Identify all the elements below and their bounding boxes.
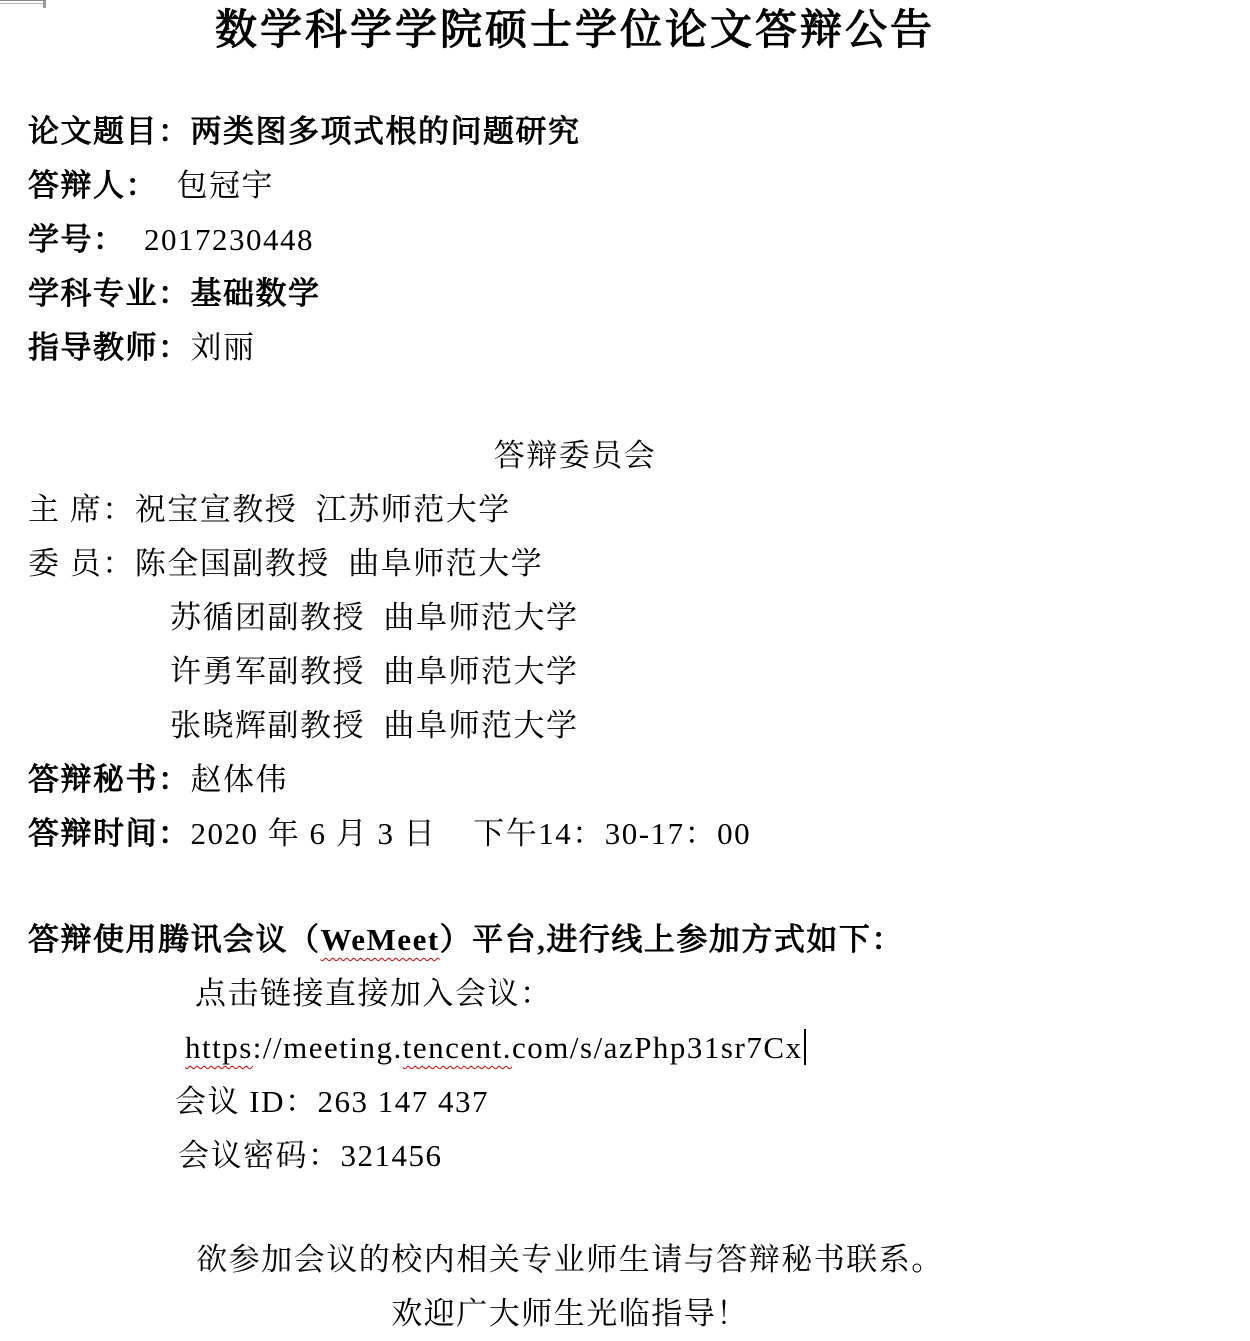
meeting-join-line: 点击链接直接加入会议： bbox=[28, 967, 904, 1021]
defender-value: 包冠宇 bbox=[158, 168, 274, 203]
meeting-section: 答辩使用腾讯会议（WeMeet）平台,进行线上参加方式如下： 点击链接直接加入会… bbox=[28, 913, 904, 1183]
document-page: 数学科学学院硕士学位论文答辩公告 论文题目：两类图多项式根的问题研究 答辩人： … bbox=[0, 0, 1250, 1341]
committee-heading: 答辩委员会 bbox=[0, 429, 1150, 483]
committee-chair-line: 主 席：祝宝宣教授 江苏师范大学 bbox=[28, 483, 751, 537]
committee-member-line: 张晓辉副教授 曲阜师范大学 bbox=[28, 699, 751, 753]
defense-time-label: 答辩时间： bbox=[28, 816, 191, 851]
advisor-label: 指导教师： bbox=[28, 330, 191, 365]
committee-section: 主 席：祝宝宣教授 江苏师范大学 委 员：陈全国副教授 曲阜师范大学 苏循团副教… bbox=[28, 483, 751, 861]
student-id-line: 学号： 2017230448 bbox=[28, 213, 581, 267]
meeting-id-line: 会议 ID：263 147 437 bbox=[28, 1075, 904, 1129]
advisor-line: 指导教师：刘丽 bbox=[28, 321, 581, 375]
major-label: 学科专业： bbox=[28, 276, 191, 311]
committee-chair-value: 祝宝宣教授 江苏师范大学 bbox=[135, 492, 511, 527]
committee-member-label: 委 员： bbox=[28, 546, 135, 581]
meeting-intro-suffix: ）平台,进行线上参加方式如下： bbox=[440, 922, 904, 957]
thesis-title-label: 论文题目： bbox=[28, 114, 191, 149]
url-part-host: ://meeting. bbox=[253, 1030, 403, 1065]
thesis-info-section: 论文题目：两类图多项式根的问题研究 答辩人： 包冠宇 学号： 201723044… bbox=[28, 105, 581, 375]
student-id-value: 2017230448 bbox=[126, 222, 315, 257]
student-id-label: 学号： bbox=[28, 222, 126, 257]
footer-section: 欲参加会议的校内相关专业师生请与答辩秘书联系。 欢迎广大师生光临指导！ bbox=[0, 1233, 1140, 1341]
defense-time-line: 答辩时间：2020 年 6 月 3 日 下午14：30-17：00 bbox=[28, 807, 751, 861]
committee-chair-label: 主 席： bbox=[28, 492, 135, 527]
meeting-platform-name: WeMeet bbox=[321, 922, 440, 957]
major-value: 基础数学 bbox=[191, 276, 321, 311]
advisor-value: 刘丽 bbox=[191, 330, 256, 365]
defense-time-value: 2020 年 6 月 3 日 下午14：30-17：00 bbox=[191, 816, 752, 851]
meeting-intro-prefix: 答辩使用腾讯会议（ bbox=[28, 922, 321, 957]
thesis-title-value: 两类图多项式根的问题研究 bbox=[191, 114, 581, 149]
text-cursor bbox=[804, 1029, 806, 1065]
secretary-value: 赵体伟 bbox=[191, 762, 289, 797]
committee-member-line: 许勇军副教授 曲阜师范大学 bbox=[28, 645, 751, 699]
secretary-line: 答辩秘书：赵体伟 bbox=[28, 753, 751, 807]
url-part-https: https bbox=[185, 1030, 253, 1065]
secretary-label: 答辩秘书： bbox=[28, 762, 191, 797]
thesis-title-line: 论文题目：两类图多项式根的问题研究 bbox=[28, 105, 581, 159]
meeting-intro-line: 答辩使用腾讯会议（WeMeet）平台,进行线上参加方式如下： bbox=[28, 913, 904, 967]
document-title: 数学科学学院硕士学位论文答辩公告 bbox=[0, 0, 1150, 62]
footer-contact-line: 欲参加会议的校内相关专业师生请与答辩秘书联系。 bbox=[0, 1233, 1140, 1287]
meeting-url-line: https://meeting.tencent.com/s/azPhp31sr7… bbox=[28, 1021, 904, 1075]
meeting-password-line: 会议密码：321456 bbox=[28, 1129, 904, 1183]
url-part-path: com/s/azPhp31sr7Cx bbox=[512, 1030, 803, 1065]
major-line: 学科专业：基础数学 bbox=[28, 267, 581, 321]
committee-member-value: 陈全国副教授 曲阜师范大学 bbox=[135, 546, 544, 581]
committee-member-line: 苏循团副教授 曲阜师范大学 bbox=[28, 591, 751, 645]
defender-label: 答辩人： bbox=[28, 168, 158, 203]
footer-welcome-line: 欢迎广大师生光临指导！ bbox=[0, 1287, 1140, 1341]
defender-line: 答辩人： 包冠宇 bbox=[28, 159, 581, 213]
committee-member-line: 委 员：陈全国副教授 曲阜师范大学 bbox=[28, 537, 751, 591]
meeting-url-link[interactable]: https://meeting.tencent.com/s/azPhp31sr7… bbox=[185, 1030, 803, 1065]
url-part-domain: tencent. bbox=[403, 1030, 512, 1065]
